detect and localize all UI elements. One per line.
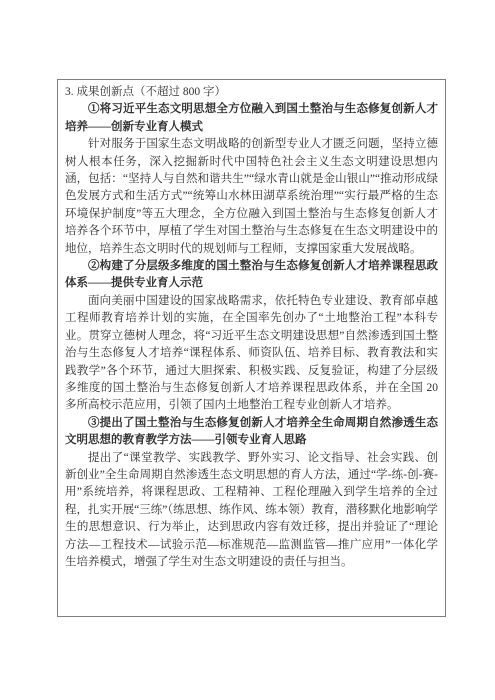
innovation-point-2-heading: ②构建了分层级多维度的国土整治与生态修复创新人才培养课程思政体系——提供专业育人… — [65, 258, 438, 293]
innovation-point-1-heading: ①将习近平生态文明思想全方位融入到国土整治与生态修复创新人才培养——创新专业育人… — [65, 101, 438, 136]
document-page: 3. 成果创新点（不超过 800 字） ①将习近平生态文明思想全方位融入到国土整… — [0, 0, 495, 700]
innovation-point-3-body: 提出了“课堂教学、实践教学、野外实习、论文指导、社会实践、创新创业”全生命周期自… — [65, 450, 438, 572]
section-title: 3. 成果创新点（不超过 800 字） — [65, 84, 438, 101]
innovation-point-2-body: 面向美丽中国建设的国家战略需求，依托特色专业建设、教育部卓越工程师教育培养计划的… — [65, 293, 438, 415]
form-table-cell: 3. 成果创新点（不超过 800 字） ①将习近平生态文明思想全方位融入到国土整… — [57, 79, 446, 617]
innovation-point-3-heading: ③提出了国土整治与生态修复创新人才培养全生命周期自然渗透生态文明思想的教育教学方… — [65, 415, 438, 450]
innovation-point-1-body: 针对服务于国家生态文明战略的创新型专业人才匮乏问题，坚持立德树人根本任务，深入挖… — [65, 136, 438, 258]
